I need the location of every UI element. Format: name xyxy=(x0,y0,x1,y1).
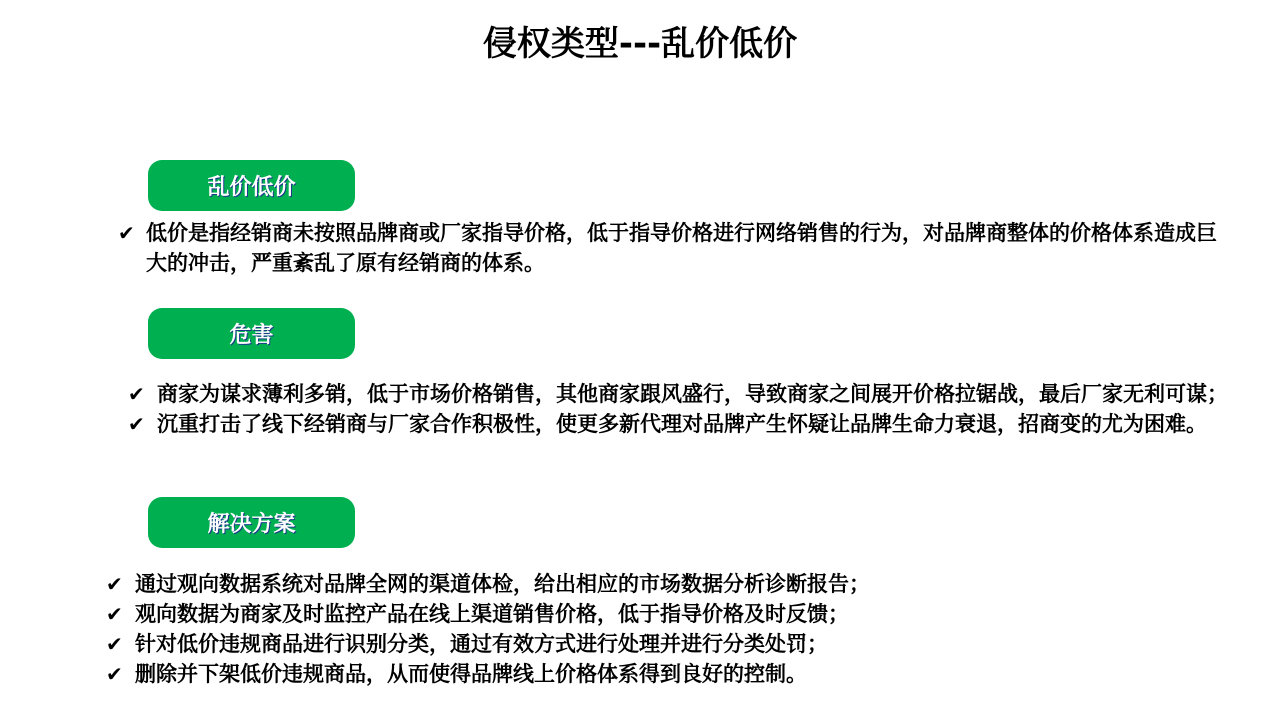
harm-list: ✔ 商家为谋求薄利多销，低于市场价格销售，其他商家跟风盛行，导致商家之间展开价格… xyxy=(128,379,1243,439)
checkmark-icon: ✔ xyxy=(128,409,145,439)
checkmark-icon: ✔ xyxy=(106,569,123,599)
section-heading-price-chaos: 乱价低价 xyxy=(148,160,355,211)
checkmark-icon: ✔ xyxy=(128,379,145,409)
list-item: ✔ 商家为谋求薄利多销，低于市场价格销售，其他商家跟风盛行，导致商家之间展开价格… xyxy=(128,379,1243,409)
list-item: ✔ 沉重打击了线下经销商与厂家合作积极性，使更多新代理对品牌产生怀疑让品牌生命力… xyxy=(128,409,1243,439)
list-item: ✔ 针对低价违规商品进行识别分类，通过有效方式进行处理并进行分类处罚； xyxy=(106,629,1206,659)
checkmark-icon: ✔ xyxy=(106,659,123,689)
definition-list: ✔ 低价是指经销商未按照品牌商或厂家指导价格，低于指导价格进行网络销售的行为，对… xyxy=(118,218,1218,278)
checkmark-icon: ✔ xyxy=(118,218,135,248)
list-item: ✔ 删除并下架低价违规商品，从而使得品牌线上价格体系得到良好的控制。 xyxy=(106,659,1206,689)
section-heading-harm: 危害 xyxy=(148,308,355,359)
section-heading-solution: 解决方案 xyxy=(148,497,355,548)
solution-list: ✔ 通过观向数据系统对品牌全网的渠道体检，给出相应的市场数据分析诊断报告； ✔ … xyxy=(106,569,1206,689)
list-item: ✔ 观向数据为商家及时监控产品在线上渠道销售价格，低于指导价格及时反馈； xyxy=(106,599,1206,629)
list-item: ✔ 低价是指经销商未按照品牌商或厂家指导价格，低于指导价格进行网络销售的行为，对… xyxy=(118,218,1218,278)
list-item: ✔ 通过观向数据系统对品牌全网的渠道体检，给出相应的市场数据分析诊断报告； xyxy=(106,569,1206,599)
page-title: 侵权类型---乱价低价 xyxy=(0,16,1280,65)
checkmark-icon: ✔ xyxy=(106,629,123,659)
checkmark-icon: ✔ xyxy=(106,599,123,629)
